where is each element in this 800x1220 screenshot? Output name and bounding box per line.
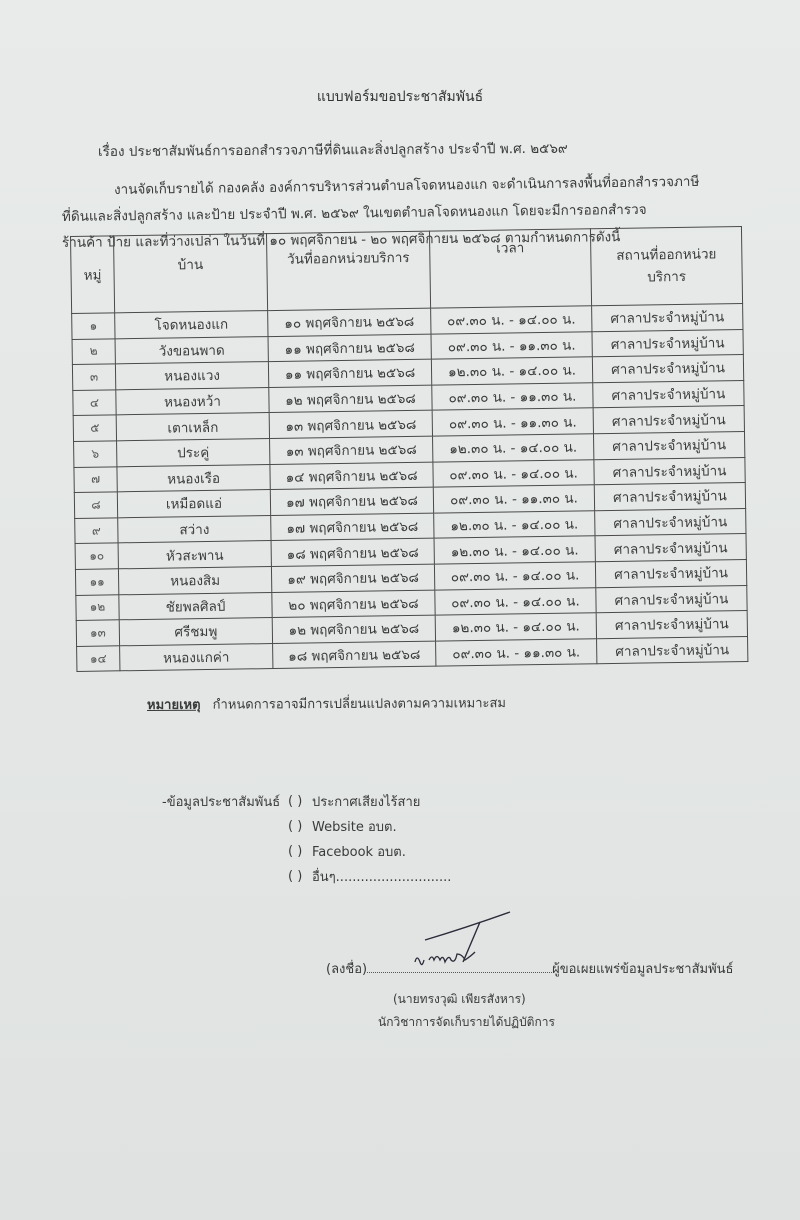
document-subject: เรื่อง ประชาสัมพันธ์การออกสำรวจภาษีที่ดิ…: [98, 137, 568, 162]
cell-village-number: ๙: [75, 518, 118, 544]
paragraph-line-1: งานจัดเก็บรายได้ กองคลัง องค์การบริหารส่…: [114, 170, 700, 200]
cell-village-number: ๓: [72, 364, 115, 390]
cell-time: ๐๙.๓๐ น. - ๑๑.๓๐ น.: [433, 485, 594, 513]
cell-location: ศาลาประจำหมู่บ้าน: [597, 636, 748, 664]
cell-village-number: ๖: [74, 441, 117, 467]
cell-village-number: ๗: [74, 466, 117, 492]
cell-time: ๐๙.๓๐ น. - ๑๔.๐๐ น.: [434, 562, 595, 590]
publicity-channels: -ข้อมูลประชาสัมพันธ์ ( ) ประกาศเสียงไร้ส…: [162, 789, 451, 889]
publicity-lead-label: -ข้อมูลประชาสัมพันธ์: [162, 791, 288, 812]
cell-service-date: ๑๓ พฤศจิกายน ๒๕๖๘: [269, 411, 432, 439]
cell-time: ๑๒.๓๐ น. - ๑๔.๐๐ น.: [435, 613, 596, 641]
header-location: สถานที่ออกหน่วย บริการ: [590, 227, 742, 306]
cell-location: ศาลาประจำหมู่บ้าน: [593, 380, 744, 408]
cell-service-date: ๑๒ พฤศจิกายน ๒๕๖๘: [269, 385, 432, 413]
cell-service-date: ๑๑ พฤศจิกายน ๒๕๖๘: [268, 359, 431, 387]
schedule-table-body: ๑โจดหนองแก๑๐ พฤศจิกายน ๒๕๖๘๐๙.๓๐ น. - ๑๔…: [72, 304, 748, 672]
signature-line: (ลงชื่อ)ผู้ขอเผยแพร่ข้อมูลประชาสัมพันธ์: [326, 958, 733, 979]
cell-service-date: ๑๑ พฤศจิกายน ๒๕๖๘: [268, 334, 431, 362]
publicity-row-1: -ข้อมูลประชาสัมพันธ์ ( ) ประกาศเสียงไร้ส…: [162, 789, 451, 814]
cell-time: ๐๙.๓๐ น. - ๑๑.๓๐ น.: [432, 408, 593, 436]
cell-service-date: ๑๐ พฤศจิกายน ๒๕๖๘: [268, 308, 431, 336]
checkbox-other[interactable]: ( ): [288, 869, 312, 884]
cell-village: ชัยพลศิลป์: [119, 592, 272, 620]
document-page: แบบฟอร์มขอประชาสัมพันธ์ เรื่อง ประชาสัมพ…: [0, 0, 800, 1220]
cell-time: ๐๙.๓๐ น. - ๑๔.๐๐ น.: [435, 587, 596, 615]
sign-role: ผู้ขอเผยแพร่ข้อมูลประชาสัมพันธ์: [552, 962, 733, 977]
cell-service-date: ๑๔ พฤศจิกายน ๒๕๖๘: [270, 462, 433, 490]
checkbox-website[interactable]: ( ): [288, 819, 312, 834]
checkbox-facebook[interactable]: ( ): [288, 844, 312, 859]
cell-village: หนองแกค่า: [120, 643, 273, 671]
cell-location: ศาลาประจำหมู่บ้าน: [593, 431, 744, 459]
option-facebook: Facebook อบต.: [312, 841, 406, 862]
cell-service-date: ๑๒ พฤศจิกายน ๒๕๖๘: [272, 615, 435, 643]
signer-position: นักวิชาการจัดเก็บรายได้ปฏิบัติการ: [378, 1013, 555, 1032]
document-title: แบบฟอร์มขอประชาสัมพันธ์: [0, 86, 800, 108]
cell-village-number: ๒: [72, 338, 115, 364]
cell-village-number: ๑๓: [76, 620, 119, 646]
cell-location: ศาลาประจำหมู่บ้าน: [593, 406, 744, 434]
checkbox-broadcast[interactable]: ( ): [288, 794, 312, 809]
cell-village: โจดหนองแก: [115, 311, 268, 339]
cell-service-date: ๑๗ พฤศจิกายน ๒๕๖๘: [271, 513, 434, 541]
header-village-number: หมู่: [71, 236, 115, 314]
cell-village: หนองสิม: [118, 566, 271, 594]
header-time: เวลา: [429, 229, 591, 308]
cell-location: ศาลาประจำหมู่บ้าน: [595, 508, 746, 536]
cell-service-date: ๑๙ พฤศจิกายน ๒๕๖๘: [271, 564, 434, 592]
cell-village-number: ๑๔: [77, 646, 120, 672]
cell-time: ๑๒.๓๐ น. - ๑๔.๐๐ น.: [431, 357, 592, 385]
cell-village-number: ๕: [73, 415, 116, 441]
cell-location: ศาลาประจำหมู่บ้าน: [595, 559, 746, 587]
publicity-row-2: ( ) Website อบต.: [162, 814, 451, 839]
cell-time: ๐๙.๓๐ น. - ๑๑.๓๐ น.: [431, 331, 592, 359]
cell-village: สว่าง: [118, 515, 271, 543]
cell-village: วังขอนพาด: [115, 336, 268, 364]
remark-label: หมายเหตุ: [147, 698, 201, 713]
cell-location: ศาลาประจำหมู่บ้าน: [594, 457, 745, 485]
cell-service-date: ๑๗ พฤศจิกายน ๒๕๖๘: [270, 487, 433, 515]
cell-time: ๐๙.๓๐ น. - ๑๔.๐๐ น.: [431, 306, 592, 334]
cell-time: ๐๙.๓๐ น. - ๑๑.๓๐ น.: [432, 383, 593, 411]
remark-text: กำหนดการอาจมีการเปลี่ยนแปลงตามความเหมาะส…: [213, 696, 506, 713]
header-service-date: วันที่ออกหน่วยบริการ: [266, 231, 430, 310]
cell-location: ศาลาประจำหมู่บ้าน: [592, 304, 743, 332]
cell-time: ๑๒.๓๐ น. - ๑๔.๐๐ น.: [434, 510, 595, 538]
signature-field[interactable]: [367, 958, 552, 973]
cell-village-number: ๑๐: [75, 543, 118, 569]
cell-service-date: ๑๘ พฤศจิกายน ๒๕๖๘: [271, 538, 434, 566]
cell-village-number: ๔: [73, 390, 116, 416]
cell-village: หัวสะพาน: [118, 541, 271, 569]
cell-time: ๐๙.๓๐ น. - ๑๑.๓๐ น.: [436, 638, 597, 666]
header-village: บ้าน: [114, 234, 268, 313]
cell-village: หนองหว้า: [116, 387, 269, 415]
cell-location: ศาลาประจำหมู่บ้าน: [596, 585, 747, 613]
sign-label: (ลงชื่อ): [326, 962, 367, 977]
cell-village: หนองแวง: [115, 362, 268, 390]
cell-village-number: ๑: [72, 313, 115, 339]
cell-village-number: ๘: [74, 492, 117, 518]
remark: หมายเหตุ กำหนดการอาจมีการเปลี่ยนแปลงตามค…: [147, 692, 506, 715]
cell-time: ๑๒.๓๐ น. - ๑๔.๐๐ น.: [434, 536, 595, 564]
cell-location: ศาลาประจำหมู่บ้าน: [592, 329, 743, 357]
cell-service-date: ๒๐ พฤศจิกายน ๒๕๖๘: [272, 590, 435, 618]
option-other: อื่นๆ............................: [312, 866, 451, 887]
table-header-row: หมู่ บ้าน วันที่ออกหน่วยบริการ เวลา สถาน…: [71, 227, 743, 314]
paragraph-line-2: ที่ดินและสิ่งปลูกสร้าง และป้าย ประจำปี พ…: [62, 198, 647, 227]
cell-village: หนองเรือ: [117, 464, 270, 492]
cell-village-number: ๑๒: [76, 594, 119, 620]
cell-service-date: ๑๘ พฤศจิกายน ๒๕๖๘: [273, 641, 436, 669]
header-location-line-1: สถานที่ออกหน่วย: [597, 243, 735, 267]
signer-name: (นายทรงวุฒิ เพียรสังหาร): [393, 990, 526, 1009]
cell-village: เตาเหล็ก: [116, 413, 269, 441]
cell-village: เหมือดแอ่: [117, 490, 270, 518]
option-broadcast: ประกาศเสียงไร้สาย: [312, 791, 420, 812]
cell-location: ศาลาประจำหมู่บ้าน: [595, 534, 746, 562]
cell-village: ประคู่: [117, 439, 270, 467]
cell-service-date: ๑๓ พฤศจิกายน ๒๕๖๘: [270, 436, 433, 464]
cell-village: ศรีชมพู: [119, 618, 272, 646]
cell-time: ๑๒.๓๐ น. - ๑๔.๐๐ น.: [433, 434, 594, 462]
publicity-row-4: ( ) อื่นๆ............................: [162, 864, 451, 889]
schedule-table: หมู่ บ้าน วันที่ออกหน่วยบริการ เวลา สถาน…: [70, 226, 748, 672]
header-location-line-2: บริการ: [598, 265, 736, 289]
publicity-row-3: ( ) Facebook อบต.: [162, 839, 451, 864]
cell-location: ศาลาประจำหมู่บ้าน: [594, 483, 745, 511]
schedule-table-wrapper: หมู่ บ้าน วันที่ออกหน่วยบริการ เวลา สถาน…: [70, 226, 748, 672]
cell-village-number: ๑๑: [75, 569, 118, 595]
cell-location: ศาลาประจำหมู่บ้าน: [592, 355, 743, 383]
cell-location: ศาลาประจำหมู่บ้าน: [596, 611, 747, 639]
cell-time: ๐๙.๓๐ น. - ๑๔.๐๐ น.: [433, 459, 594, 487]
option-website: Website อบต.: [312, 816, 397, 837]
